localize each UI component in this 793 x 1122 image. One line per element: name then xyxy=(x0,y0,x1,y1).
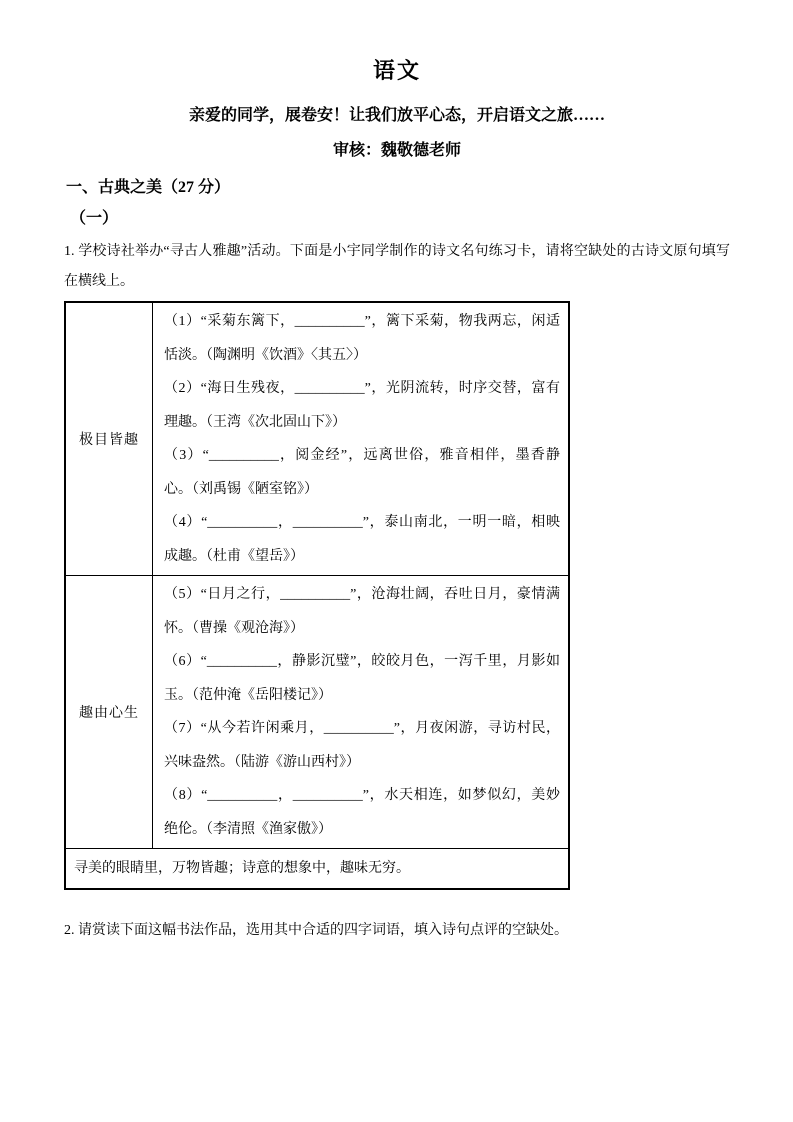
table-row: 趣由心生 （5）“日月之行，__________”，沧海壮阔，吞吐日月，豪情满怀… xyxy=(65,576,569,849)
group-label-2: 趣由心生 xyxy=(65,576,153,849)
section-heading: 一、古典之美（27 分） xyxy=(66,177,730,199)
group-label-1: 极目皆趣 xyxy=(65,302,153,576)
table-row: 寻美的眼睛里，万物皆趣；诗意的想象中，趣味无穷。 xyxy=(65,849,569,890)
fill-in-item-3: （3）“__________，阅金经”，远离世俗，雅音相伴，墨香静心。（刘禹锡《… xyxy=(164,439,560,506)
fill-in-item-1: （1）“采菊东篱下，__________”，篱下采菊，物我两忘，闲适恬淡。（陶渊… xyxy=(164,305,560,372)
page-title: 语文 xyxy=(64,56,730,86)
reviewer-line: 审核：魏敬德老师 xyxy=(64,141,730,161)
greeting-line: 亲爱的同学，展卷安！让我们放平心态，开启语文之旅…… xyxy=(64,106,730,126)
poem-practice-card: 极目皆趣 （1）“采菊东篱下，__________”，篱下采菊，物我两忘，闲适恬… xyxy=(64,301,570,890)
fill-in-item-2: （2）“海日生残夜，__________”，光阴流转，时序交替，富有理趣。（王湾… xyxy=(164,372,560,439)
table-row: 极目皆趣 （1）“采菊东篱下，__________”，篱下采菊，物我两忘，闲适恬… xyxy=(65,302,569,576)
fill-in-item-5: （5）“日月之行，__________”，沧海壮阔，吞吐日月，豪情满怀。（曹操《… xyxy=(164,578,560,645)
group-items-2: （5）“日月之行，__________”，沧海壮阔，吞吐日月，豪情满怀。（曹操《… xyxy=(153,576,570,849)
question1-text: 1. 学校诗社举办“寻古人雅趣”活动。下面是小宇同学制作的诗文名句练习卡，请将空… xyxy=(64,237,730,297)
exam-page: 语文 亲爱的同学，展卷安！让我们放平心态，开启语文之旅…… 审核：魏敬德老师 一… xyxy=(0,0,793,1122)
fill-in-item-7: （7）“从今若许闲乘月，__________”，月夜闲游，寻访村民，兴味盎然。（… xyxy=(164,712,560,779)
group-items-1: （1）“采菊东篱下，__________”，篱下采菊，物我两忘，闲适恬淡。（陶渊… xyxy=(153,302,570,576)
fill-in-item-4: （4）“__________，__________”，泰山南北，一明一暗，相映成… xyxy=(164,506,560,573)
card-footer: 寻美的眼睛里，万物皆趣；诗意的想象中，趣味无穷。 xyxy=(65,849,569,890)
fill-in-item-6: （6）“__________，静影沉璧”，皎皎月色，一泻千里，月影如玉。（范仲淹… xyxy=(164,645,560,712)
fill-in-item-8: （8）“__________，__________”，水天相连，如梦似幻，美妙绝… xyxy=(164,779,560,846)
subsection-label: （一） xyxy=(70,209,730,229)
question2-text: 2. 请赏读下面这幅书法作品，选用其中合适的四字词语，填入诗句点评的空缺处。 xyxy=(64,916,730,946)
